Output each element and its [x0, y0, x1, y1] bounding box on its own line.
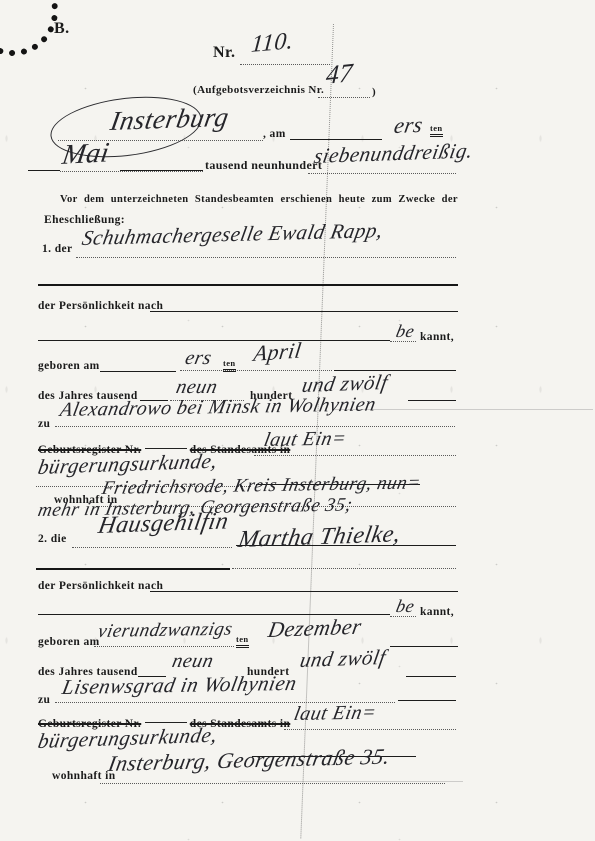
person2-persoenlichkeit-line: [150, 591, 458, 592]
aufgebot-line: [318, 97, 370, 98]
scanned-document-page: B. Nr. 110. (Aufgebotsverzeichnis Nr. 47…: [0, 0, 595, 841]
year-line: [308, 173, 456, 174]
person2-jahres-line2: [406, 676, 456, 677]
dateline-day: ers: [392, 112, 425, 139]
person2-bekannt-dots: [390, 616, 416, 617]
person1-jahres-line2: [408, 400, 456, 401]
person2-register-note-a: laut Ein=: [292, 701, 378, 726]
form-number-label: Nr.: [213, 44, 235, 62]
person1-kannt-label: kannt,: [420, 331, 454, 343]
person1-zu-line: [55, 426, 455, 427]
person2-birth-day-ordinal: ten: [236, 634, 249, 648]
person2-kannt-label: kannt,: [420, 606, 454, 618]
person1-geboren-dots: [180, 370, 332, 371]
dateline-day-ordinal: ten: [430, 123, 443, 137]
person1-register-line: [254, 455, 456, 456]
person1-birth-place: Alexandrowo bei Minsk in Wolhynien: [58, 393, 378, 422]
person1-entry: Schuhmachergeselle Ewald Rapp,: [80, 218, 385, 251]
person2-index-label: 2. die: [38, 533, 67, 545]
person2-occupation: Hausgehilfin: [96, 508, 231, 540]
intro-line1: Vor dem unterzeichneten Standesbeamten e…: [60, 194, 458, 205]
person2-register-line: [284, 729, 456, 730]
am-label: , am: [263, 128, 286, 140]
tausend-label: tausend neunhundert: [205, 158, 322, 173]
person1-birth-day: ers: [183, 347, 214, 370]
person2-name: Martha Thielke,: [236, 521, 403, 554]
person1-register-note-b: bürgerungsurkunde,: [36, 449, 219, 480]
person2-year-hand-b: und zwölf: [298, 645, 388, 673]
person2-geboren-line: [390, 646, 458, 647]
person1-geboren-label: geboren am: [38, 360, 100, 372]
person1-persoenlichkeit-line: [150, 311, 458, 312]
person2-bekannt-hand: be: [394, 596, 416, 617]
person1-bekannt-hand: be: [394, 321, 416, 342]
dateline-place: Insterburg: [108, 102, 231, 137]
aufgebot-label: (Aufgebotsverzeichnis Nr.: [193, 84, 324, 96]
person1-register-note-a: laut Ein=: [262, 427, 348, 452]
person1-bekannt-rule: [38, 340, 390, 341]
person2-persoenlichkeit-label: der Persönlichkeit nach: [38, 580, 163, 592]
person1-blank-rule: [38, 284, 458, 286]
person1-zu-label: zu: [38, 418, 50, 430]
month-line: [60, 171, 203, 172]
person1-birth-month: April: [252, 337, 303, 367]
person2-name-dots: [232, 568, 456, 569]
form-number-line: [240, 64, 330, 65]
month-solid-line: [120, 170, 203, 171]
person2-geboren-dots: [94, 646, 234, 647]
person2-birth-day: vierundzwanzigs: [96, 619, 234, 643]
person2-geboren-label: geboren am: [38, 636, 100, 648]
aufgebot-close-paren: ): [372, 86, 376, 98]
form-number-value: 110.: [250, 28, 294, 59]
corner-letter: B.: [54, 20, 69, 38]
dateline-month: Mai: [60, 137, 112, 172]
person2-zu-rule: [398, 700, 456, 701]
person1-bekannt-dots: [390, 341, 416, 342]
person2-occupation-dots: [72, 547, 232, 548]
person1-entry-line: [76, 257, 456, 258]
day-blank-line: [290, 139, 382, 140]
person2-register-struck-blank: [145, 722, 187, 723]
person1-register-struck-blank: [145, 448, 187, 449]
dateline-year: siebenunddreißig.: [312, 138, 475, 169]
person2-wohnhaft-line: [100, 783, 445, 784]
month-lead-line: [28, 170, 60, 171]
person2-name-rule: [36, 568, 230, 570]
person2-zu-label: zu: [38, 694, 50, 706]
person1-index-label: 1. der: [42, 243, 73, 255]
horizontal-crease-bottom: [238, 781, 463, 782]
aufgebot-number: 47: [325, 58, 354, 91]
person2-year-hand-a: neun: [170, 650, 216, 673]
person2-birth-month: Dezember: [266, 614, 364, 643]
person1-geboren-line1: [100, 371, 176, 372]
person1-persoenlichkeit-label: der Persönlichkeit nach: [38, 300, 163, 312]
person2-birth-place: Lisenwsgrad in Wolhynien: [60, 671, 299, 700]
